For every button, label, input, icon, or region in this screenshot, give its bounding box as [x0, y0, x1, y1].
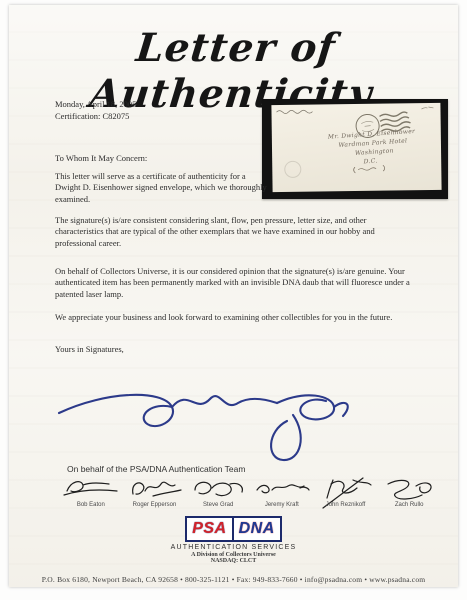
contact-footer: P.O. Box 6180, Newport Beach, CA 92658 •…: [9, 575, 458, 584]
john-reznikoff-signature-icon: [317, 477, 375, 501]
team-member-name: Jeremy Kraft: [250, 502, 314, 508]
paragraph-thanks: We appreciate your business and look for…: [55, 312, 417, 323]
paragraph-opinion: On behalf of Collectors Universe, it is …: [55, 266, 417, 300]
team-member: Jeremy Kraft: [250, 477, 314, 508]
team-member-name: Zach Rullo: [377, 502, 441, 508]
team-member-name: Steve Grad: [186, 502, 250, 508]
team-member-name: Roger Epperson: [123, 502, 187, 508]
closing-line: Yours in Signatures,: [55, 344, 124, 355]
authenticator-signature-icon: [51, 373, 361, 468]
team-member: Zach Rullo: [377, 477, 441, 508]
team-member: John Reznikoff: [314, 477, 378, 508]
authentication-services-label: AUTHENTICATION SERVICES: [9, 544, 458, 551]
jeremy-kraft-signature-icon: [253, 477, 311, 501]
team-member-name: Bob Eaton: [59, 502, 123, 508]
letter-paper: Letter of Authenticity Monday, April 18,…: [9, 5, 458, 587]
salutation: To Whom It May Concern:: [55, 153, 147, 164]
return-address-scribble-icon: [274, 107, 316, 116]
certification-number: Certification: C82075: [55, 110, 136, 122]
team-member: Steve Grad: [186, 477, 250, 508]
envelope-photo: Mr. Dwight D. Eisenhower Wardman Park Ho…: [262, 99, 448, 199]
handwritten-address: Mr. Dwight D. Eisenhower Wardman Park Ho…: [328, 127, 418, 179]
paragraph-consistency: The signature(s) is/are consistent consi…: [55, 215, 413, 249]
psa-dna-logo-block: PSA DNA AUTHENTICATION SERVICES A Divisi…: [9, 516, 458, 564]
nasdaq-label: NASDAQ: CLCT: [9, 558, 458, 564]
authentication-team-row: Bob Eaton Roger Epperson: [59, 477, 441, 508]
envelope: Mr. Dwight D. Eisenhower Wardman Park Ho…: [271, 103, 441, 192]
roger-epperson-signature-icon: [126, 477, 184, 501]
psa-dna-logo: PSA DNA: [185, 516, 282, 542]
letter-date: Monday, April 18, 2005: [55, 98, 136, 110]
zach-rullo-signature-icon: [380, 477, 438, 501]
address-line: D.C.: [364, 154, 418, 167]
embossed-seal-icon: [284, 161, 301, 178]
bob-eaton-signature-icon: [62, 477, 120, 501]
psa-logo-text: PSA: [187, 518, 233, 540]
dna-logo-text: DNA: [234, 518, 280, 540]
team-member: Roger Epperson: [123, 477, 187, 508]
date-certification-block: Monday, April 18, 2005 Certification: C8…: [55, 98, 136, 123]
team-heading: On behalf of the PSA/DNA Authentication …: [67, 464, 245, 474]
illegible-notation-icon: [352, 165, 386, 174]
scanned-letter-of-authenticity: Letter of Authenticity Monday, April 18,…: [0, 0, 467, 600]
team-member: Bob Eaton: [59, 477, 123, 508]
paragraph-intro: This letter will serve as a certificate …: [55, 171, 267, 205]
steve-grad-signature-icon: [189, 477, 247, 501]
